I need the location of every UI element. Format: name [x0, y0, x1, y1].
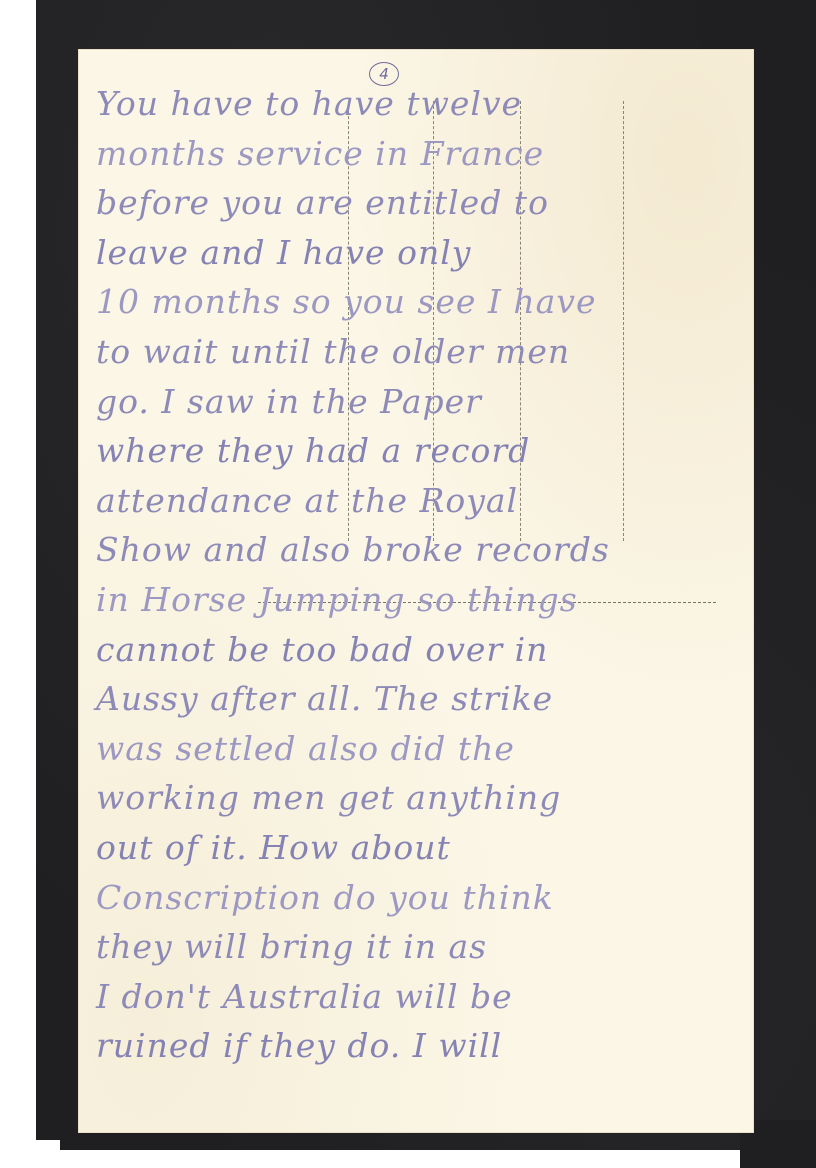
letter-line: where they had a record — [96, 426, 746, 476]
torn-mount-corner — [0, 1140, 60, 1168]
letter-line: I don't Australia will be — [96, 972, 746, 1022]
letter-line: You have to have twelve — [96, 79, 746, 129]
letter-line: before you are entitled to — [96, 178, 746, 228]
letter-line: Show and also broke records — [96, 525, 746, 575]
letter-line: Conscription do you think — [96, 873, 746, 923]
letter-line: 10 months so you see I have — [96, 277, 746, 327]
letter-line: cannot be too bad over in — [96, 625, 746, 675]
letter-line: attendance at the Royal — [96, 476, 746, 526]
letter-line: out of it. How about — [96, 823, 746, 873]
letter-line: working men get anything — [96, 773, 746, 823]
letter-line: leave and I have only — [96, 228, 746, 278]
letter-line: Aussy after all. The strike — [96, 674, 746, 724]
letter-line: ruined if they do. I will — [96, 1021, 746, 1071]
letter-line: months service in France — [96, 129, 746, 179]
letter-line: to wait until the older men — [96, 327, 746, 377]
letter-line: they will bring it in as — [96, 922, 746, 972]
letter-line: in Horse Jumping so things — [96, 575, 746, 625]
handwritten-letter: You have to have twelve months service i… — [96, 79, 746, 1071]
postcard: 4 You have to have twelve months service… — [78, 49, 754, 1133]
letter-line: go. I saw in the Paper — [96, 377, 746, 427]
letter-line: was settled also did the — [96, 724, 746, 774]
